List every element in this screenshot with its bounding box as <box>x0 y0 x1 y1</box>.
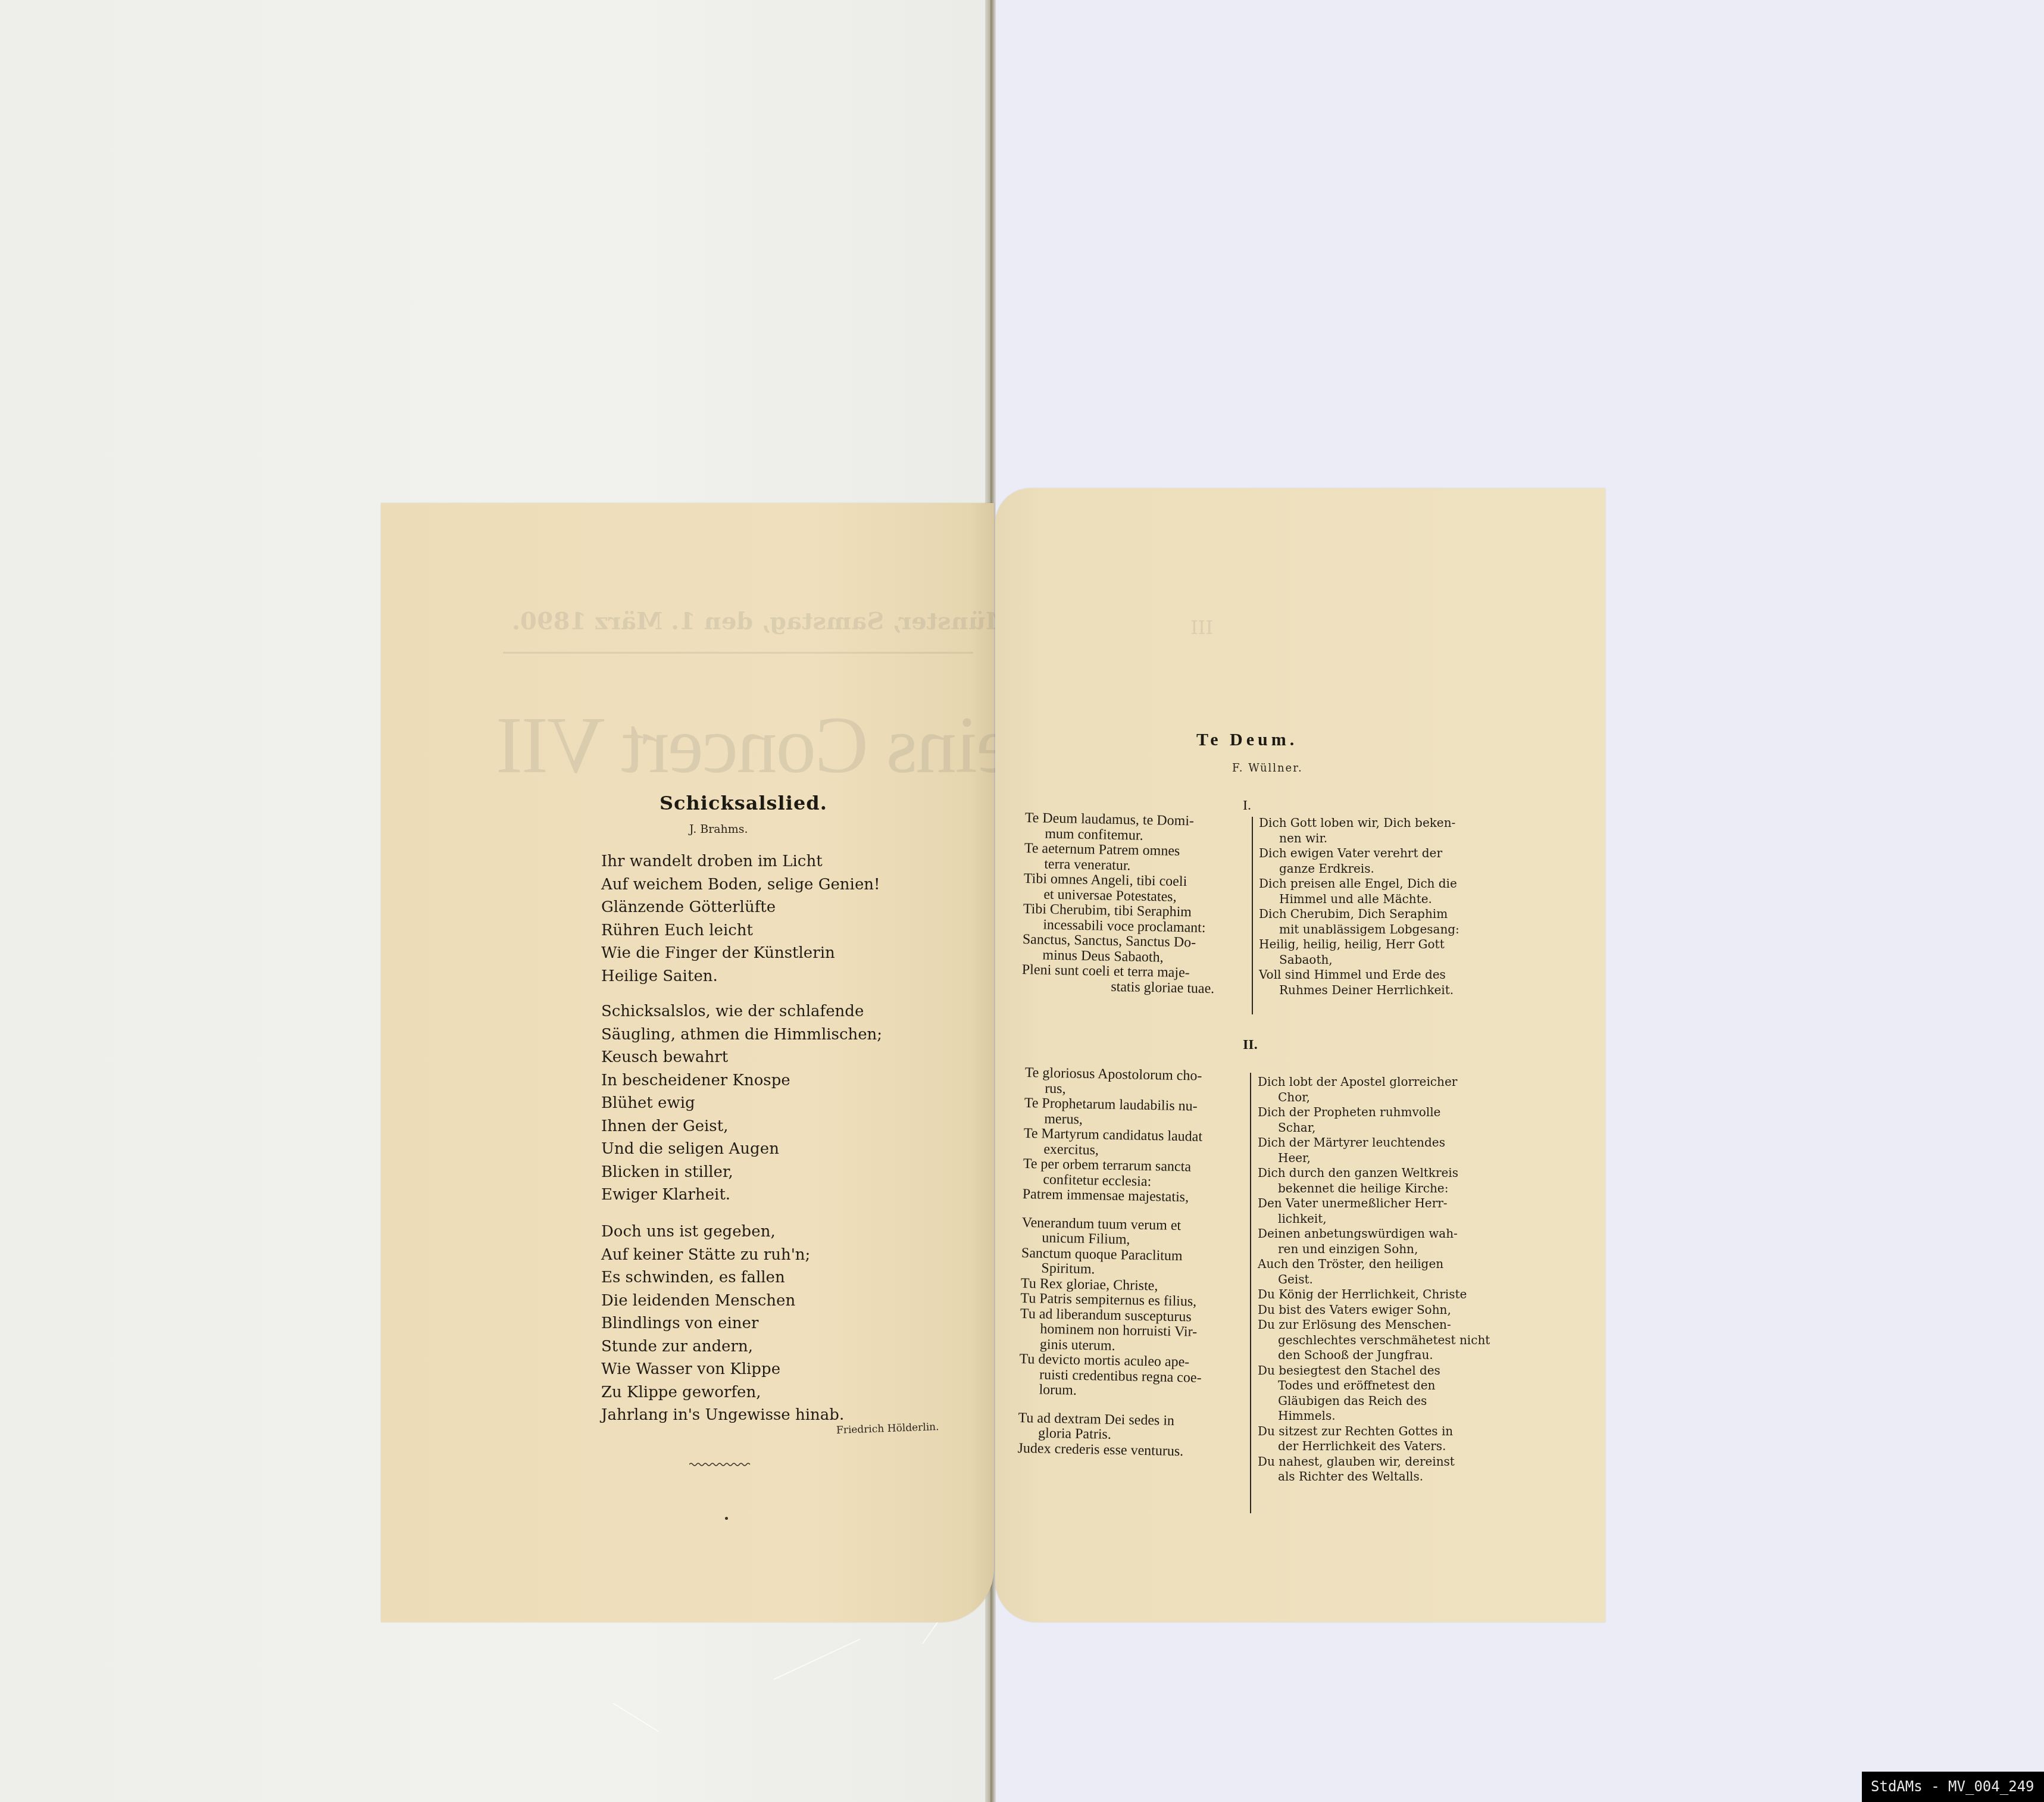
latin-verse: Tu ad dextram Dei sedes ingloria Patris. <box>1018 1410 1242 1445</box>
german-verse: Du besiegtest den Stachel desTodes und e… <box>1258 1363 1484 1424</box>
poem-line: Zu Klippe geworfen, <box>601 1381 844 1404</box>
poem-line: Jahrlang in's Ungewisse hinab. <box>601 1404 844 1427</box>
poem-title: Schicksalslied. <box>660 792 827 814</box>
latin-verse: Pleni sunt coeli et terra maje-statis gl… <box>1021 963 1245 997</box>
column-divider <box>1252 817 1253 1014</box>
german-verse: Den Vater unermeßlicher Herr-lichkeit, <box>1258 1196 1484 1226</box>
poem-composer: J. Brahms. <box>689 823 748 836</box>
latin-column-section-1: Te Deum laudamus, te Domi-mum confitemur… <box>1021 811 1248 997</box>
latin-verse: Tibi Cherubim, tibi Seraphimincessabili … <box>1023 902 1246 936</box>
latin-verse: Te aeternum Patrem omnesterra veneratur. <box>1024 841 1248 876</box>
german-verse: Dich ewigen Vater verehrt derganze Erdkr… <box>1259 846 1485 876</box>
poem-line: Schicksalslos, wie der schlafende <box>601 1000 882 1023</box>
poem-line: Ihr wandelt droben im Licht <box>601 850 880 873</box>
column-divider <box>1250 1073 1251 1513</box>
german-verse: Dich Gott loben wir, Dich beken-nen wir. <box>1259 816 1485 846</box>
poem-line: Wie die Finger der Künstlerin <box>601 942 880 965</box>
poem-line: Säugling, athmen die Himmlischen; <box>601 1023 882 1047</box>
poem-line: Doch uns ist gegeben, <box>601 1220 844 1244</box>
te-deum-title: Te Deum. <box>1196 730 1298 750</box>
bleed-through-page-number: III <box>1190 616 1213 639</box>
latin-verse: Tu devicto mortis aculeo ape-ruisti cred… <box>1018 1352 1242 1402</box>
poem-line: Auf weichem Boden, selige Genien! <box>601 873 880 897</box>
latin-verse: Te Prophetarum laudabilis nu-merus, <box>1024 1096 1248 1130</box>
poem-line: Die leidenden Menschen <box>601 1289 844 1313</box>
poem-line: Blühet ewig <box>601 1092 882 1115</box>
latin-verse: Sanctus, Sanctus, Sanctus Do-minus Deus … <box>1022 932 1246 967</box>
german-verse: Du sitzest zur Rechten Gottes inder Herr… <box>1258 1424 1484 1454</box>
poem-line: Auf keiner Stätte zu ruh'n; <box>601 1244 844 1267</box>
german-verse: Auch den Tröster, den heiligenGeist. <box>1258 1257 1484 1287</box>
german-verse: Du zur Erlösung des Menschen-geschlechte… <box>1258 1317 1484 1363</box>
german-column-section-1: Dich Gott loben wir, Dich beken-nen wir.… <box>1259 816 1485 998</box>
german-verse: Dich Cherubim, Dich Seraphimmit unabläss… <box>1259 907 1485 937</box>
german-verse: Dich lobt der Apostel glorreicherChor, <box>1258 1075 1484 1105</box>
poem-line: Heilige Saiten. <box>601 965 880 988</box>
printer-dot <box>725 1517 728 1520</box>
stanza-1: Ihr wandelt droben im Licht Auf weichem … <box>601 850 880 988</box>
archive-id-label: StdAMs - MV_004_249 <box>1862 1772 2044 1802</box>
poem-line: Keusch bewahrt <box>601 1046 882 1069</box>
german-verse: Voll sind Himmel und Erde desRuhmes Dein… <box>1259 967 1485 998</box>
german-verse: Deinen anbetungswürdigen wah-ren und ein… <box>1258 1226 1484 1257</box>
latin-verse: Sanctum quoque ParaclitumSpiritum. <box>1021 1245 1245 1280</box>
german-verse: Dich der Märtyrer leuchtendesHeer, <box>1258 1135 1484 1166</box>
latin-verse: Venerandum tuum verum etunicum Filium, <box>1021 1215 1245 1250</box>
poem-line: Ewiger Klarheit. <box>601 1183 882 1207</box>
german-column-section-2: Dich lobt der Apostel glorreicherChor, D… <box>1258 1075 1484 1485</box>
poem-line: Wie Wasser von Klippe <box>601 1358 844 1381</box>
german-verse: Du bist des Vaters ewiger Sohn, <box>1258 1303 1484 1318</box>
poem-line: Es schwinden, es fallen <box>601 1266 844 1289</box>
te-deum-composer: F. Wüllner. <box>1232 762 1303 774</box>
poem-line: Rühren Euch leicht <box>601 919 880 942</box>
german-verse: Heilig, heilig, heilig, Herr GottSabaoth… <box>1259 937 1485 967</box>
stanza-2: Schicksalslos, wie der schlafende Säugli… <box>601 1000 882 1207</box>
bleed-through-date: Münster, Samstag, den 1. März 1890. <box>512 607 1012 635</box>
poem-line: Und die seligen Augen <box>601 1138 882 1161</box>
latin-verse: Te Martyrum candidatus laudatexercitus, <box>1023 1126 1247 1161</box>
poem-line: Blicken in stiller, <box>601 1161 882 1184</box>
latin-verse: Tu ad liberandum suscepturushominem non … <box>1020 1306 1243 1356</box>
latin-verse: Te Deum laudamus, te Domi-mum confitemur… <box>1024 811 1248 845</box>
german-verse: Du nahest, glauben wir, dereinstals Rich… <box>1258 1454 1484 1485</box>
latin-verse: Te gloriosus Apostolorum cho-rus, <box>1024 1066 1248 1100</box>
bleed-through-rule <box>503 652 973 654</box>
section-number-1: I. <box>1243 798 1251 814</box>
stanza-3: Doch uns ist gegeben, Auf keiner Stätte … <box>601 1220 844 1427</box>
german-verse: Dich preisen alle Engel, Dich dieHimmel … <box>1259 876 1485 907</box>
poem-line: Stunde zur andern, <box>601 1335 844 1358</box>
latin-verse: Te per orbem terrarum sanctaconfitetur e… <box>1023 1157 1246 1191</box>
poem-line: Blindlings von einer <box>601 1312 844 1335</box>
german-verse: Dich durch den ganzen Weltkreisbekennet … <box>1258 1166 1484 1196</box>
poem-line: Glänzende Götterlüfte <box>601 896 880 919</box>
ornament-squiggle-icon <box>689 1461 752 1467</box>
latin-verse: Tibi omnes Angeli, tibi coeliet universa… <box>1023 872 1247 906</box>
german-verse: Dich der Propheten ruhmvolleSchar, <box>1258 1105 1484 1135</box>
poem-line: Ihnen der Geist, <box>601 1115 882 1138</box>
latin-column-section-2: Te gloriosus Apostolorum cho-rus, Te Pro… <box>1017 1066 1248 1460</box>
section-number-2: II. <box>1243 1037 1258 1053</box>
poem-line: In bescheidener Knospe <box>601 1069 882 1092</box>
german-verse: Du König der Herrlichkeit, Christe <box>1258 1287 1484 1303</box>
